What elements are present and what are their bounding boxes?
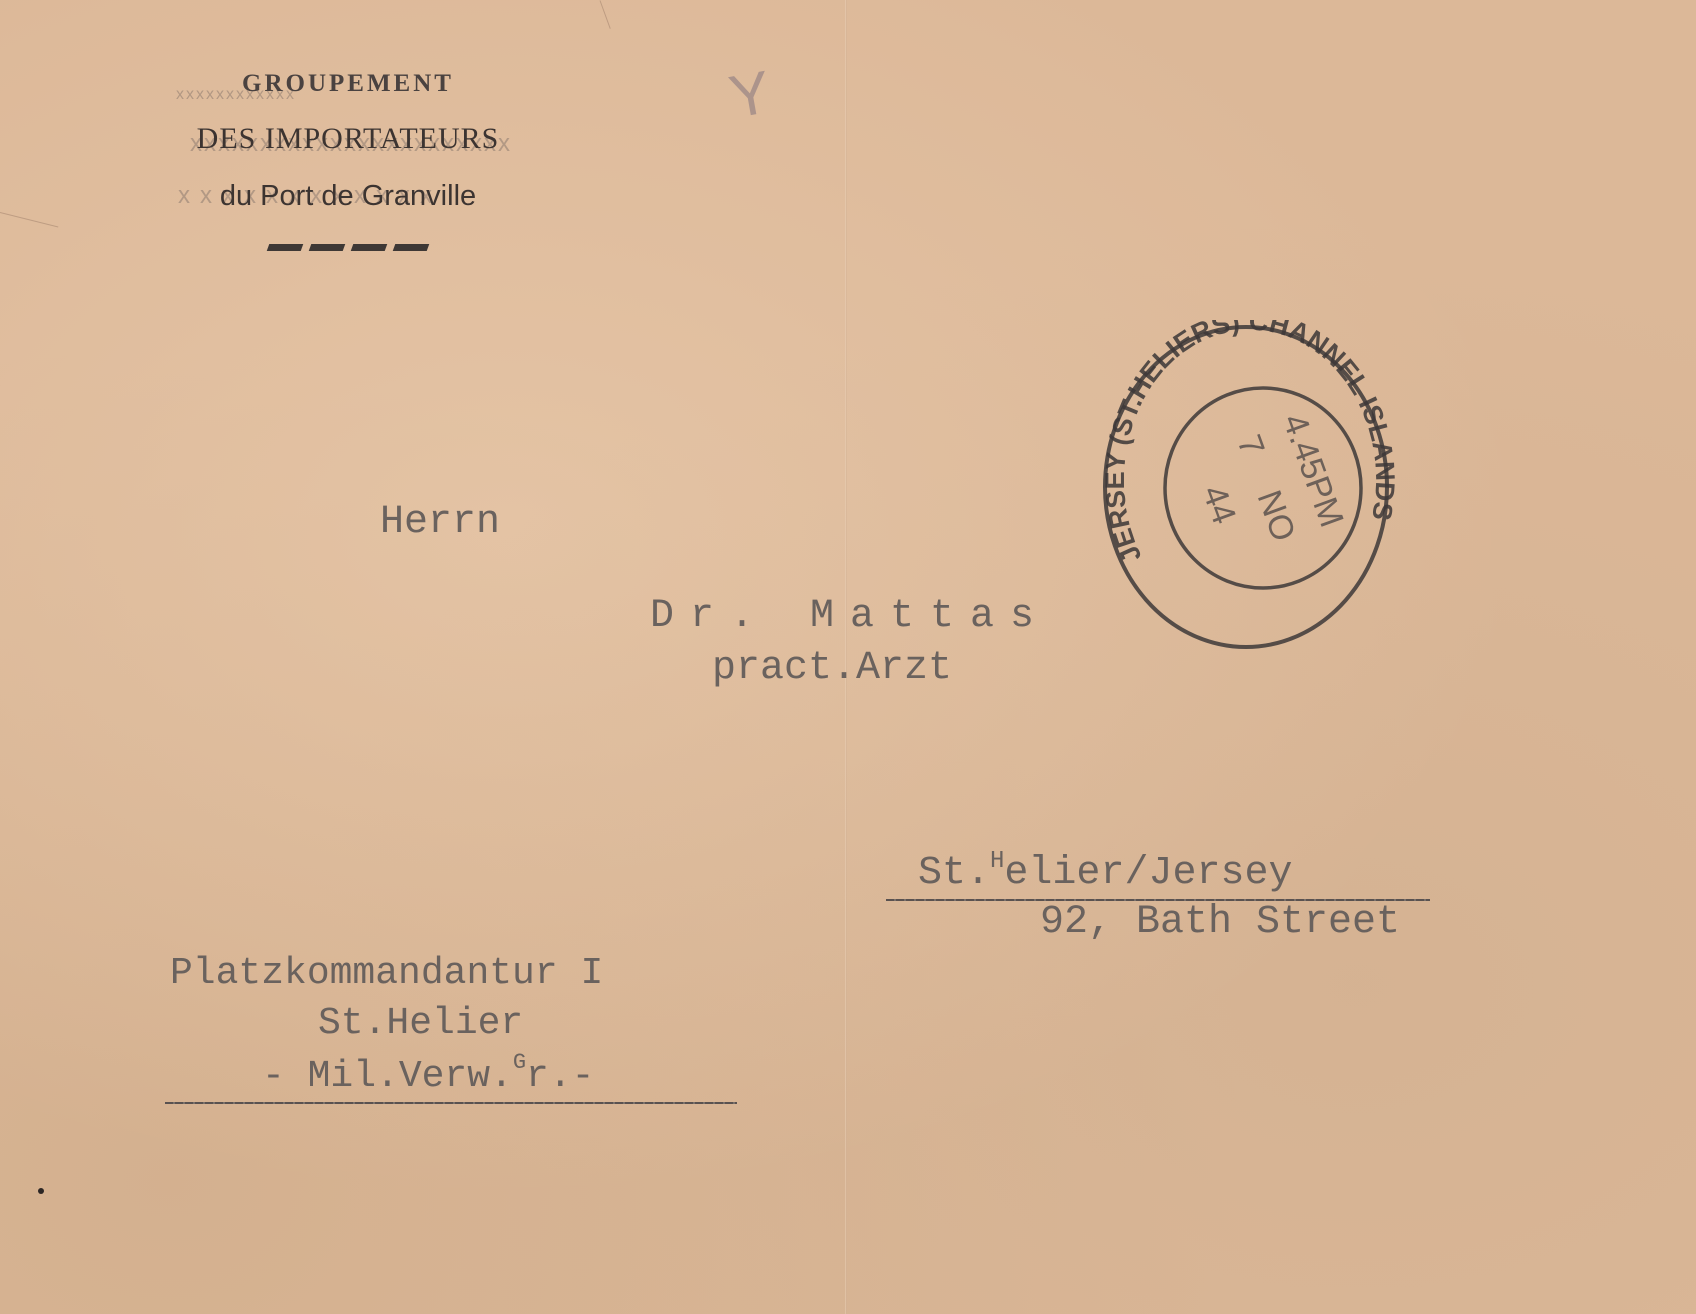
recipient-street: 92, Bath Street — [1040, 900, 1400, 945]
postmark-year: 44 — [1195, 480, 1244, 529]
sender-dept-suffix: r.- — [526, 1055, 594, 1098]
sender-correction: G — [513, 1050, 526, 1075]
recipient-city: St.Helier/Jersey — [918, 848, 1292, 896]
letterhead-line-2: DES IMPORTATEURS — [136, 122, 560, 156]
recipient-salutation: Herrn — [380, 500, 500, 545]
letterhead-line-3: du Port de Granville — [178, 180, 518, 213]
city-rest: elier/Jersey — [1004, 851, 1292, 896]
postmark-month: NO — [1250, 485, 1303, 546]
envelope: Y GROUPEMENT xxxxxxxxxxxx xxxxxxxxxxxxxx… — [0, 0, 1696, 1314]
postmark-day: 7 — [1229, 430, 1271, 461]
sender-unit-number: I — [580, 952, 603, 995]
sender-underline — [165, 1102, 737, 1104]
ink-dot — [38, 1188, 44, 1194]
sender-unit: Platzkommandantur — [170, 952, 558, 995]
city-correction: H — [990, 848, 1004, 875]
postmark-stamp: JERSEY (ST.HELIERS) CHANNEL ISLANDS 4.45… — [1100, 320, 1400, 660]
letterhead-overstrike: xxxxxxxxxxxx — [176, 86, 296, 104]
sender-line-1: Platzkommandantur I — [170, 952, 603, 995]
city-prefix: St. — [918, 851, 990, 896]
letterhead-dashes — [268, 244, 428, 251]
sender-line-3: - Mil.Verw.Gr.- — [262, 1050, 594, 1098]
pencil-mark: Y — [724, 57, 775, 132]
recipient-title: pract.Arzt — [712, 646, 952, 691]
sender-line-2: St.Helier — [318, 1002, 523, 1045]
paper-crease — [0, 212, 58, 227]
recipient-name: Dr. Mattas — [650, 594, 1050, 639]
sender-dept: - Mil.Verw. — [262, 1055, 513, 1098]
paper-crease — [600, 0, 611, 29]
